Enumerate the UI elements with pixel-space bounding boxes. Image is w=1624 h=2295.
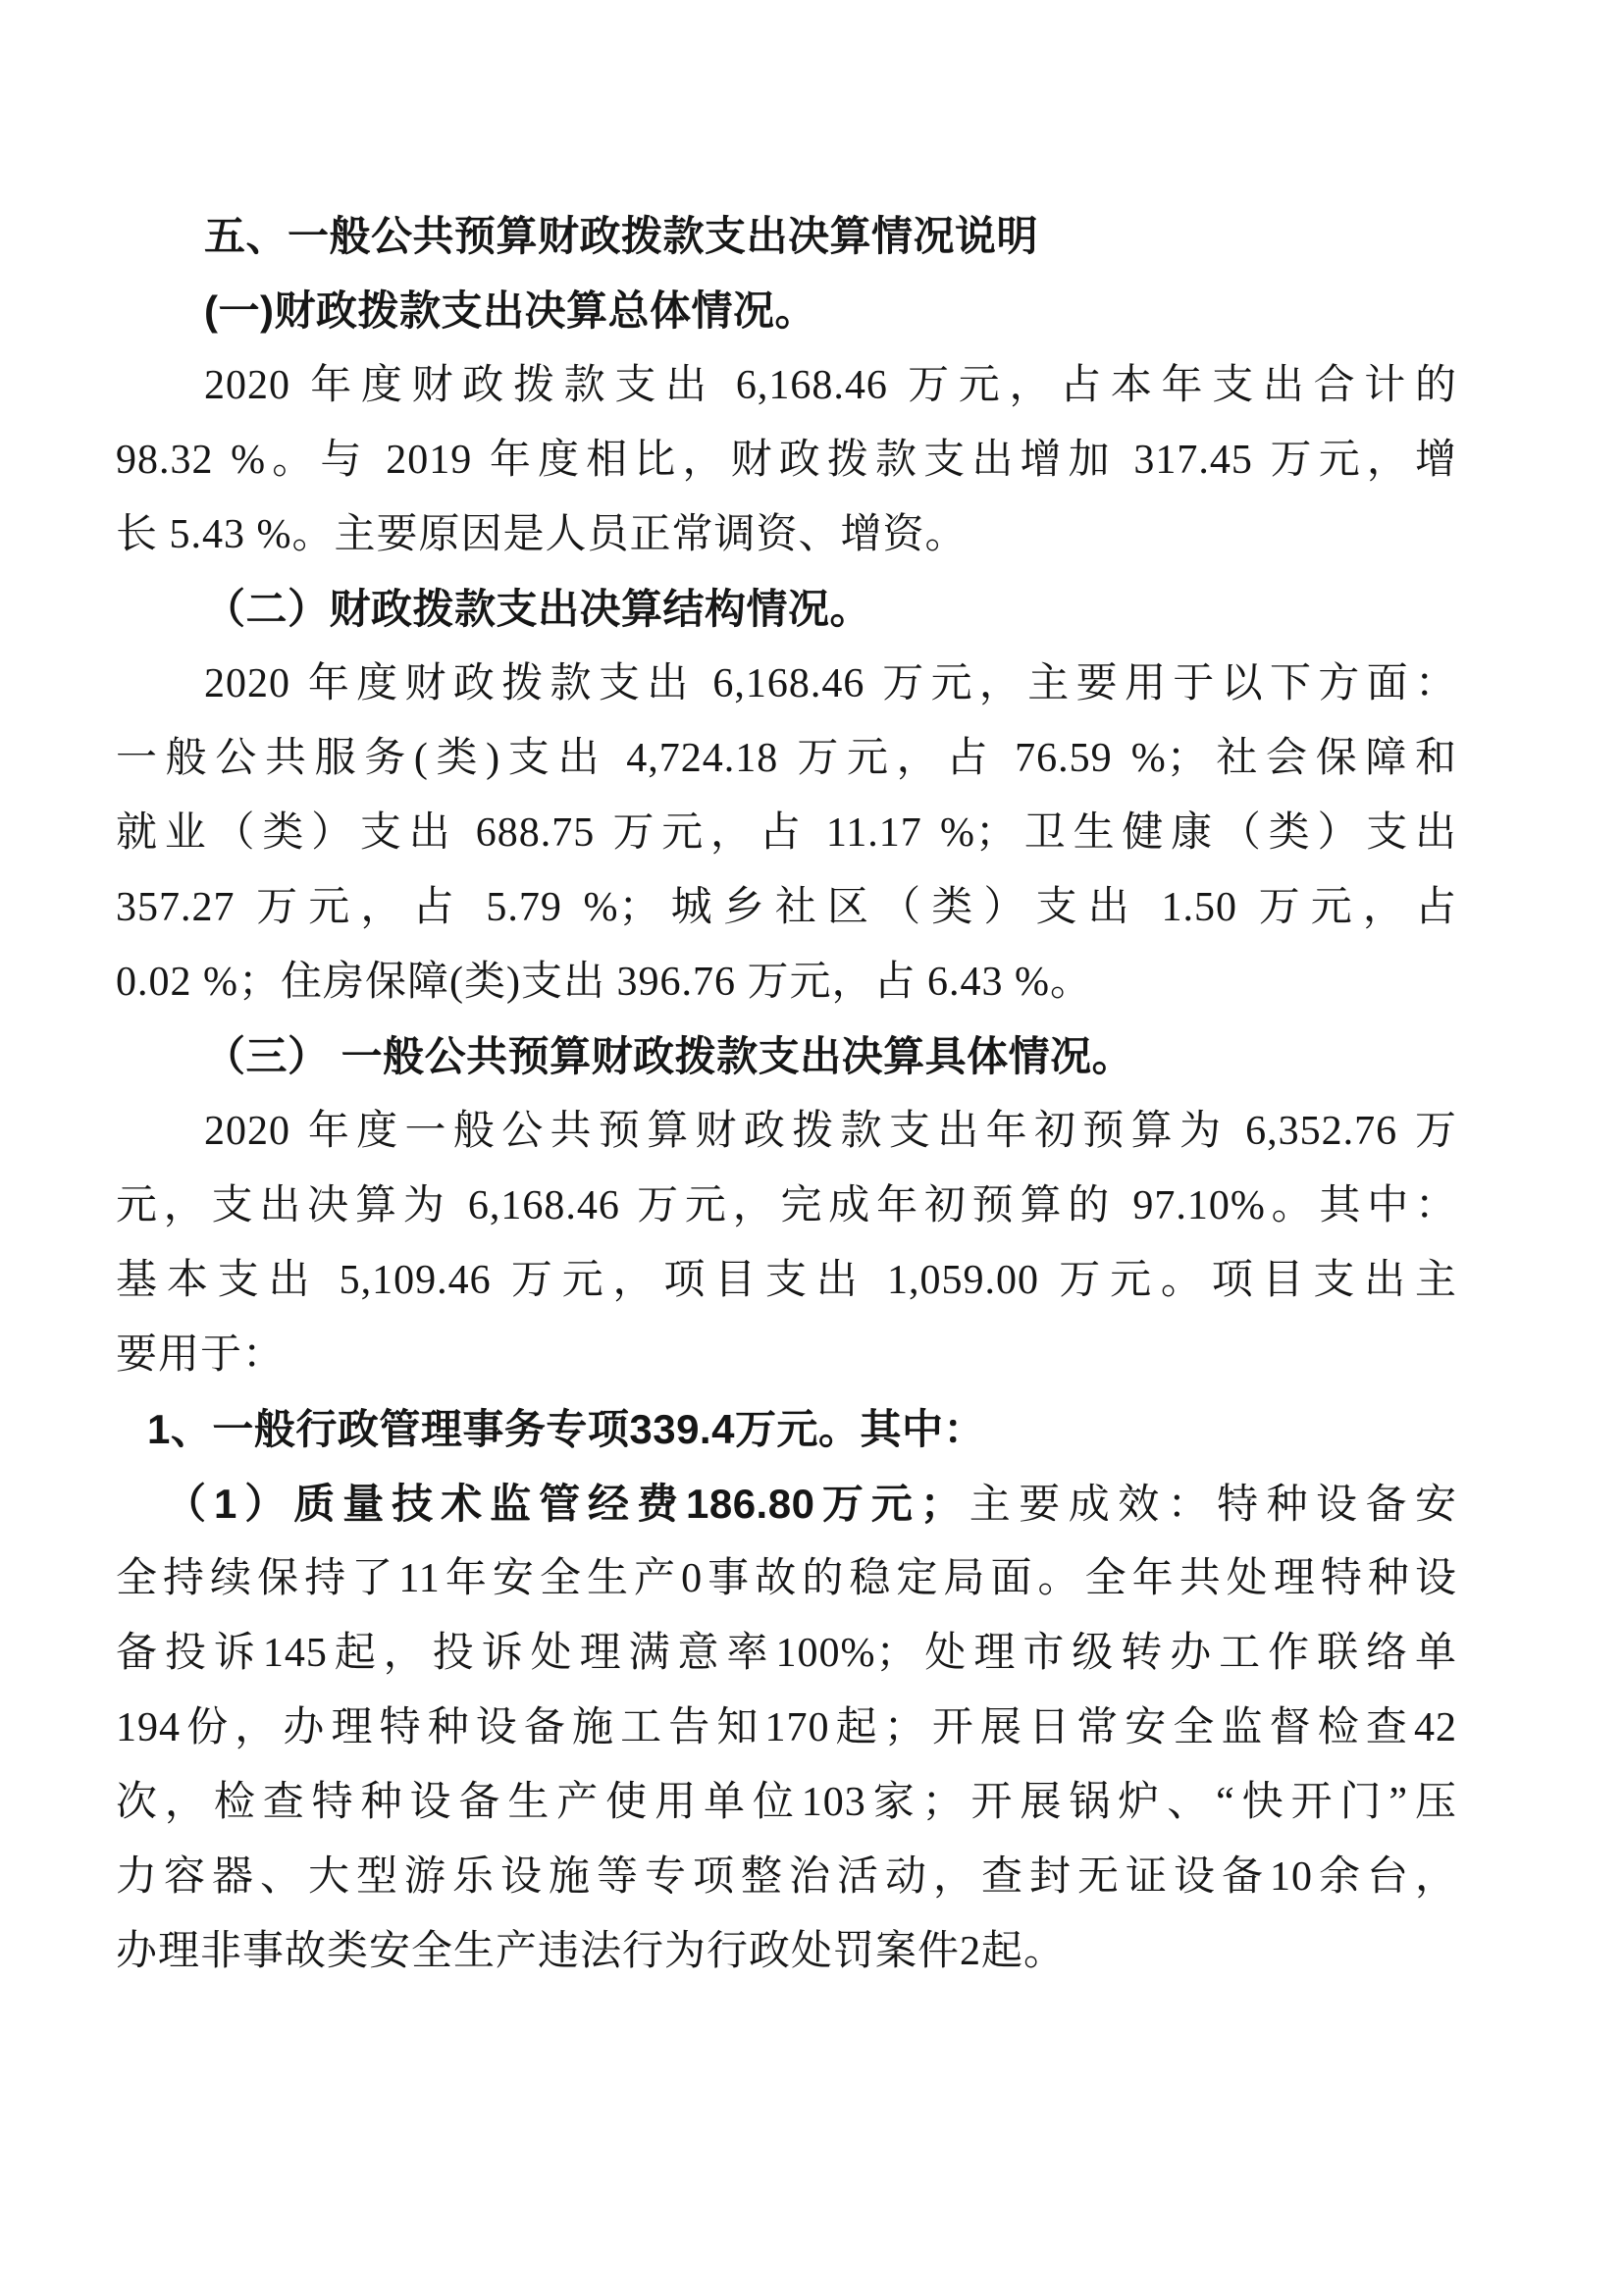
document-page: 五、一般公共预算财政拨款支出决算情况说明 (一)财政拨款支出决算总体情况。 20… (0, 0, 1624, 2295)
item-1-bold-lead: （1）质量技术监管经费186.80万元； (165, 1481, 962, 1527)
section-1-para-line-1: 2020 年度财政拨款支出 6,168.46 万元，占本年支出合计的 (116, 348, 1457, 423)
section-1-heading: (一)财政拨款支出决算总体情况。 (116, 274, 1457, 348)
item-1-para-line-7: 办理非事故类安全生产违法行为行政处罚案件2起。 (116, 1914, 1457, 1989)
item-1-para-line-3: 备投诉145起，投诉处理满意率100%；处理市级转办工作联络单 (116, 1616, 1457, 1691)
item-1-para-line-6: 力容器、大型游乐设施等专项整治活动，查封无证设备10余台， (116, 1840, 1457, 1914)
section-2-heading: （二）财政拨款支出决算结构情况。 (116, 572, 1457, 647)
section-3-subheading: 1、一般行政管理事务专项339.4万元。其中： (116, 1392, 1457, 1467)
section-3-para-line-3: 基本支出 5,109.46 万元，项目支出 1,059.00 万元。项目支出主 (116, 1243, 1457, 1318)
section-3-para-line-2: 元，支出决算为 6,168.46 万元，完成年初预算的 97.10%。其中： (116, 1169, 1457, 1243)
item-1-para-line-5: 次，检查特种设备生产使用单位103家；开展锅炉、“快开门”压 (116, 1765, 1457, 1840)
section-3-heading: （三） 一般公共预算财政拨款支出决算具体情况。 (116, 1019, 1457, 1094)
section-2-para-line-3: 就业（类）支出 688.75 万元，占 11.17 %；卫生健康（类）支出 (116, 796, 1457, 870)
section-3-para-line-4: 要用于： (116, 1318, 1457, 1392)
doc-title: 五、一般公共预算财政拨款支出决算情况说明 (116, 199, 1457, 274)
item-1-line-1-rest: 主要成效：特种设备安 (962, 1483, 1457, 1528)
section-1-para-line-2: 98.32 %。与 2019 年度相比，财政拨款支出增加 317.45 万元，增 (116, 423, 1457, 497)
section-1-para-line-3: 长 5.43 %。主要原因是人员正常调资、增资。 (116, 497, 1457, 572)
section-2-para-line-2: 一般公共服务(类)支出 4,724.18 万元，占 76.59 %；社会保障和 (116, 721, 1457, 796)
section-3-para-line-1: 2020 年度一般公共预算财政拨款支出年初预算为 6,352.76 万 (116, 1094, 1457, 1169)
item-1-para-line-4: 194份，办理特种设备施工告知170起；开展日常安全监督检查42 (116, 1691, 1457, 1765)
item-1-para-line-2: 全持续保持了11年安全生产0事故的稳定局面。全年共处理特种设 (116, 1541, 1457, 1616)
section-2-para-line-5: 0.02 %；住房保障(类)支出 396.76 万元，占 6.43 %。 (116, 945, 1457, 1019)
section-2-para-line-4: 357.27 万元，占 5.79 %；城乡社区（类）支出 1.50 万元，占 (116, 870, 1457, 945)
section-2-para-line-1: 2020 年度财政拨款支出 6,168.46 万元，主要用于以下方面： (116, 647, 1457, 721)
item-1-para-line-1: （1）质量技术监管经费186.80万元；主要成效：特种设备安 (116, 1467, 1457, 1541)
